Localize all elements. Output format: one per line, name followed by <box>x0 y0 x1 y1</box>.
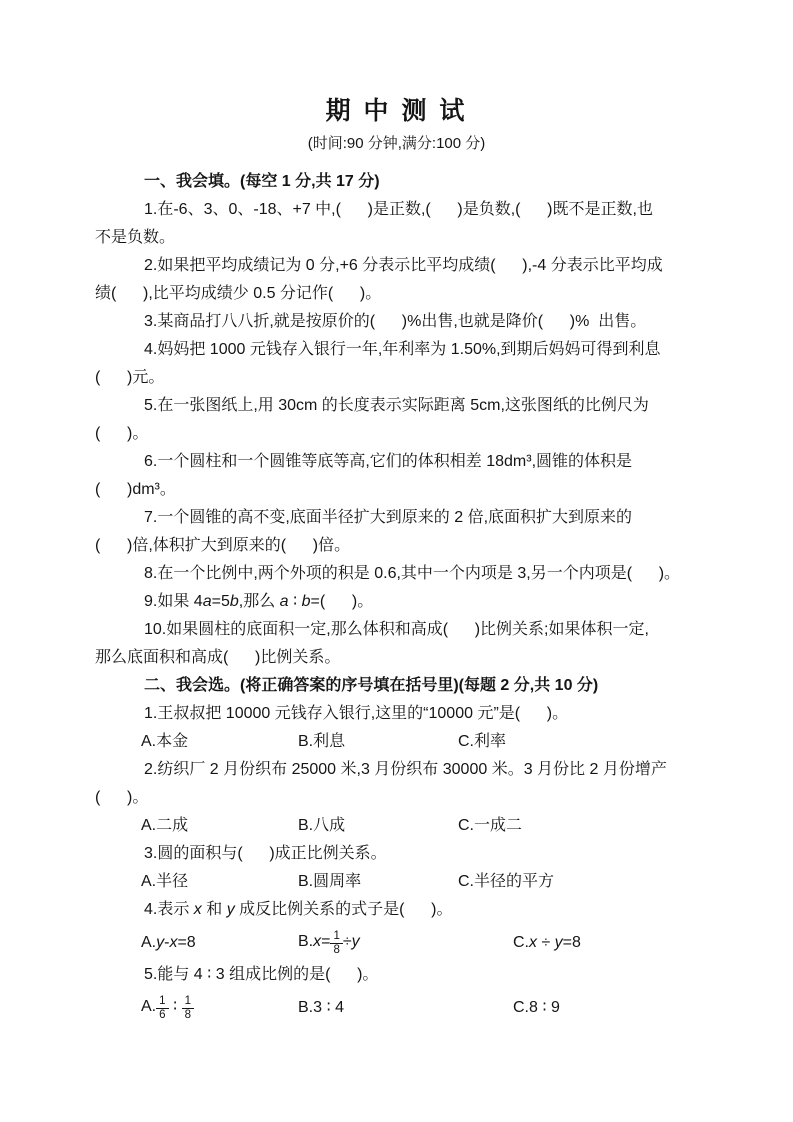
ratio-colon: ∶ <box>289 593 302 610</box>
page-subtitle: (时间:90 分钟,满分:100 分) <box>0 133 793 155</box>
option-b: B.利息 <box>298 728 458 756</box>
option-b: B.x=18÷y <box>298 928 513 957</box>
s2-q2-options: A.二成 B.八成 C.一成二 <box>95 812 735 840</box>
variable-a: a <box>203 593 212 610</box>
variable-y: y <box>227 901 235 918</box>
s2-question-5: 5.能与 4 ∶ 3 组成比例的是( )。 <box>95 961 735 989</box>
variable-y: y <box>156 934 164 951</box>
s1-question-3: 3.某商品打八八折,就是按原价的( )%出售,也就是降价( )% 出售。 <box>95 308 735 336</box>
s2-question-1: 1.王叔叔把 10000 元钱存入银行,这里的“10000 元”是( )。 <box>95 700 735 728</box>
option-text: =8 <box>563 934 581 951</box>
option-a: A.本金 <box>141 728 298 756</box>
variable-b: b <box>302 593 311 610</box>
variable-x: x <box>313 933 321 950</box>
exam-body: 一、我会填。(每空 1 分,共 17 分) 1.在-6、3、0、-18、+7 中… <box>95 168 735 1027</box>
s2-question-4: 4.表示 x 和 y 成反比例关系的式子是( )。 <box>95 896 735 924</box>
variable-y: y <box>555 934 563 951</box>
s2-q3-options: A.半径 B.圆周率 C.半径的平方 <box>95 868 735 896</box>
s1-question-5: 5.在一张图纸上,用 30cm 的长度表示实际距离 5cm,这张图纸的比例尺为 … <box>95 392 735 448</box>
variable-y: y <box>352 933 360 950</box>
fraction-numerator: 1 <box>156 995 168 1009</box>
fraction-1-8: 18 <box>330 930 342 957</box>
equals-sign: = <box>321 933 330 950</box>
fraction-numerator: 1 <box>182 995 194 1009</box>
fraction-denominator: 8 <box>182 1009 194 1022</box>
s1-question-8: 8.在一个比例中,两个外项的积是 0.6,其中一个内项是 3,另一个内项是( )… <box>95 560 735 588</box>
option-a: A.y-x=8 <box>141 929 298 957</box>
option-b: B.圆周率 <box>298 868 458 896</box>
section-1-heading: 一、我会填。(每空 1 分,共 17 分) <box>95 168 735 196</box>
s2-q5-options: A.16 ∶ 18 B.3 ∶ 4 C.8 ∶ 9 <box>95 989 735 1026</box>
question-text: =( )。 <box>311 593 374 610</box>
s1-question-2: 2.如果把平均成绩记为 0 分,+6 分表示比平均成绩( ),-4 分表示比平均… <box>95 252 735 308</box>
question-text: 和 <box>202 901 227 918</box>
option-a: A.二成 <box>141 812 298 840</box>
s2-question-2: 2.纺织厂 2 月份织布 25000 米,3 月份织布 30000 米。3 月份… <box>95 756 735 812</box>
option-label: A. <box>141 934 156 951</box>
s2-q4-options: A.y-x=8 B.x=18÷y C.x ÷ y=8 <box>95 924 735 961</box>
variable-x: x <box>529 934 537 951</box>
question-text: =5 <box>212 593 230 610</box>
question-text: 9.如果 4 <box>144 593 203 610</box>
variable-a: a <box>280 593 289 610</box>
fraction-1-8: 18 <box>182 995 194 1022</box>
option-label: A. <box>141 998 156 1015</box>
option-c: C.一成二 <box>458 812 522 840</box>
option-a: A.16 ∶ 18 <box>141 993 298 1022</box>
s2-q1-options: A.本金 B.利息 C.利率 <box>95 728 735 756</box>
s2-question-3: 3.圆的面积与( )成正比例关系。 <box>95 840 735 868</box>
option-c: C.x ÷ y=8 <box>513 929 581 957</box>
fraction-1-6: 16 <box>156 995 168 1022</box>
option-c: C.利率 <box>458 728 506 756</box>
divide-sign: ÷ <box>343 933 352 950</box>
fraction-denominator: 8 <box>330 944 342 957</box>
s1-question-9: 9.如果 4a=5b,那么 a ∶ b=( )。 <box>95 588 735 616</box>
variable-x: x <box>194 901 202 918</box>
s1-question-1: 1.在-6、3、0、-18、+7 中,( )是正数,( )是负数,( )既不是正… <box>95 196 735 252</box>
divide-sign: ÷ <box>537 934 555 951</box>
exam-page: 期 中 测 试 (时间:90 分钟,满分:100 分) 一、我会填。(每空 1 … <box>0 0 793 1122</box>
section-2-heading: 二、我会选。(将正确答案的序号填在括号里)(每题 2 分,共 10 分) <box>95 672 735 700</box>
page-title: 期 中 测 试 <box>0 96 793 126</box>
option-c: C.半径的平方 <box>458 868 554 896</box>
fraction-denominator: 6 <box>156 1009 168 1022</box>
ratio-colon: ∶ <box>169 998 182 1015</box>
option-b: B.八成 <box>298 812 458 840</box>
option-label: C. <box>513 934 529 951</box>
s1-question-10: 10.如果圆柱的底面积一定,那么体积和高成( )比例关系;如果体积一定, 那么底… <box>95 616 735 672</box>
exam-header: 期 中 测 试 (时间:90 分钟,满分:100 分) <box>0 0 793 155</box>
question-text: 4.表示 <box>144 901 194 918</box>
s1-question-6: 6.一个圆柱和一个圆锥等底等高,它们的体积相差 18dm³,圆锥的体积是 ( )… <box>95 448 735 504</box>
option-a: A.半径 <box>141 868 298 896</box>
question-text: ,那么 <box>239 593 280 610</box>
option-label: B. <box>298 933 313 950</box>
s1-question-4: 4.妈妈把 1000 元钱存入银行一年,年利率为 1.50%,到期后妈妈可得到利… <box>95 336 735 392</box>
s1-question-7: 7.一个圆锥的高不变,底面半径扩大到原来的 2 倍,底面积扩大到原来的 ( )倍… <box>95 504 735 560</box>
option-c: C.8 ∶ 9 <box>513 994 560 1022</box>
option-b: B.3 ∶ 4 <box>298 994 513 1022</box>
variable-b: b <box>230 593 239 610</box>
fraction-numerator: 1 <box>330 930 342 944</box>
option-text: =8 <box>177 934 195 951</box>
question-text: 成反比例关系的式子是( )。 <box>235 901 453 918</box>
